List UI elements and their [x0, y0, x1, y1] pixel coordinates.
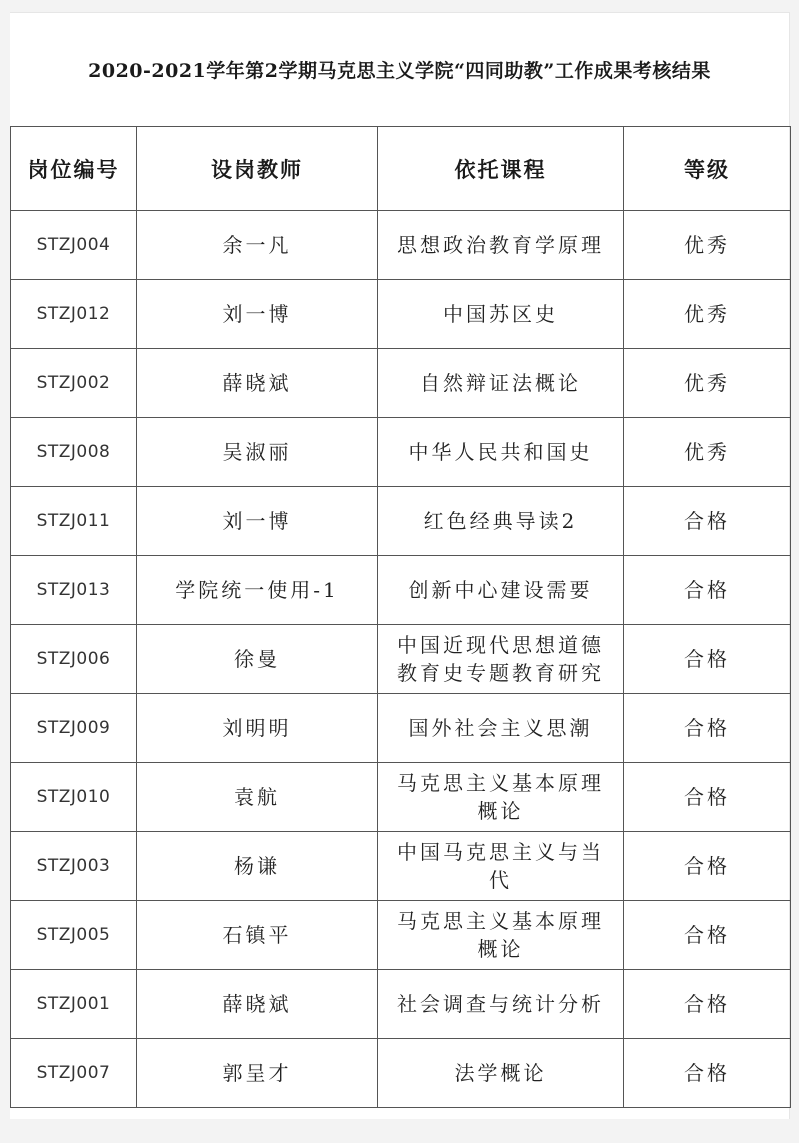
document-card: 2020-2021学年第2学期马克思主义学院“四同助教”工作成果考核结果 岗位编…	[10, 12, 790, 1119]
header-post-id: 岗位编号	[11, 127, 137, 211]
course-cell: 中华人民共和国史	[378, 418, 624, 487]
post-id-cell: STZJ011	[11, 487, 137, 556]
grade-cell: 合格	[624, 487, 791, 556]
post-id-cell: STZJ010	[11, 763, 137, 832]
post-id-cell: STZJ008	[11, 418, 137, 487]
header-course: 依托课程	[378, 127, 624, 211]
teacher-cell: 刘一博	[137, 280, 378, 349]
table-row: STZJ004余一凡思想政治教育学原理优秀	[11, 211, 791, 280]
course-cell: 中国苏区史	[378, 280, 624, 349]
table-header-row: 岗位编号 设岗教师 依托课程 等级	[11, 127, 791, 211]
results-table: 岗位编号 设岗教师 依托课程 等级 STZJ004余一凡思想政治教育学原理优秀S…	[10, 126, 791, 1108]
teacher-cell: 徐曼	[137, 625, 378, 694]
grade-cell: 合格	[624, 901, 791, 970]
grade-cell: 优秀	[624, 349, 791, 418]
grade-cell: 合格	[624, 970, 791, 1039]
course-cell: 社会调查与统计分析	[378, 970, 624, 1039]
teacher-cell: 石镇平	[137, 901, 378, 970]
course-cell: 中国马克思主义与当代	[378, 832, 624, 901]
post-id-cell: STZJ004	[11, 211, 137, 280]
teacher-cell: 薛晓斌	[137, 970, 378, 1039]
teacher-cell: 郭呈才	[137, 1039, 378, 1108]
grade-cell: 合格	[624, 556, 791, 625]
table-row: STZJ003杨谦中国马克思主义与当代合格	[11, 832, 791, 901]
grade-cell: 优秀	[624, 418, 791, 487]
table-row: STZJ005石镇平马克思主义基本原理概论合格	[11, 901, 791, 970]
post-id-cell: STZJ009	[11, 694, 137, 763]
teacher-cell: 吴淑丽	[137, 418, 378, 487]
teacher-cell: 杨谦	[137, 832, 378, 901]
table-row: STZJ012刘一博中国苏区史优秀	[11, 280, 791, 349]
course-cell: 马克思主义基本原理概论	[378, 763, 624, 832]
table-row: STZJ010袁航马克思主义基本原理概论合格	[11, 763, 791, 832]
course-cell: 法学概论	[378, 1039, 624, 1108]
course-cell: 红色经典导读2	[378, 487, 624, 556]
grade-cell: 合格	[624, 694, 791, 763]
header-teacher: 设岗教师	[137, 127, 378, 211]
table-row: STZJ002薛晓斌自然辩证法概论优秀	[11, 349, 791, 418]
course-cell: 国外社会主义思潮	[378, 694, 624, 763]
teacher-cell: 刘明明	[137, 694, 378, 763]
course-cell: 思想政治教育学原理	[378, 211, 624, 280]
course-cell: 创新中心建设需要	[378, 556, 624, 625]
post-id-cell: STZJ012	[11, 280, 137, 349]
grade-cell: 合格	[624, 625, 791, 694]
course-cell: 马克思主义基本原理概论	[378, 901, 624, 970]
course-cell: 中国近现代思想道德教育史专题教育研究	[378, 625, 624, 694]
grade-cell: 优秀	[624, 211, 791, 280]
teacher-cell: 学院统一使用-1	[137, 556, 378, 625]
grade-cell: 合格	[624, 763, 791, 832]
post-id-cell: STZJ002	[11, 349, 137, 418]
table-row: STZJ001薛晓斌社会调查与统计分析合格	[11, 970, 791, 1039]
post-id-cell: STZJ007	[11, 1039, 137, 1108]
table-row: STZJ007郭呈才法学概论合格	[11, 1039, 791, 1108]
teacher-cell: 刘一博	[137, 487, 378, 556]
table-row: STZJ011刘一博红色经典导读2合格	[11, 487, 791, 556]
grade-cell: 优秀	[624, 280, 791, 349]
table-row: STZJ006徐曼中国近现代思想道德教育史专题教育研究合格	[11, 625, 791, 694]
post-id-cell: STZJ003	[11, 832, 137, 901]
post-id-cell: STZJ013	[11, 556, 137, 625]
document-title: 2020-2021学年第2学期马克思主义学院“四同助教”工作成果考核结果	[10, 13, 789, 126]
table-row: STZJ009刘明明国外社会主义思潮合格	[11, 694, 791, 763]
post-id-cell: STZJ005	[11, 901, 137, 970]
header-grade: 等级	[624, 127, 791, 211]
table-row: STZJ008吴淑丽中华人民共和国史优秀	[11, 418, 791, 487]
grade-cell: 合格	[624, 832, 791, 901]
teacher-cell: 薛晓斌	[137, 349, 378, 418]
table-row: STZJ013学院统一使用-1创新中心建设需要合格	[11, 556, 791, 625]
grade-cell: 合格	[624, 1039, 791, 1108]
teacher-cell: 余一凡	[137, 211, 378, 280]
teacher-cell: 袁航	[137, 763, 378, 832]
course-cell: 自然辩证法概论	[378, 349, 624, 418]
post-id-cell: STZJ006	[11, 625, 137, 694]
post-id-cell: STZJ001	[11, 970, 137, 1039]
